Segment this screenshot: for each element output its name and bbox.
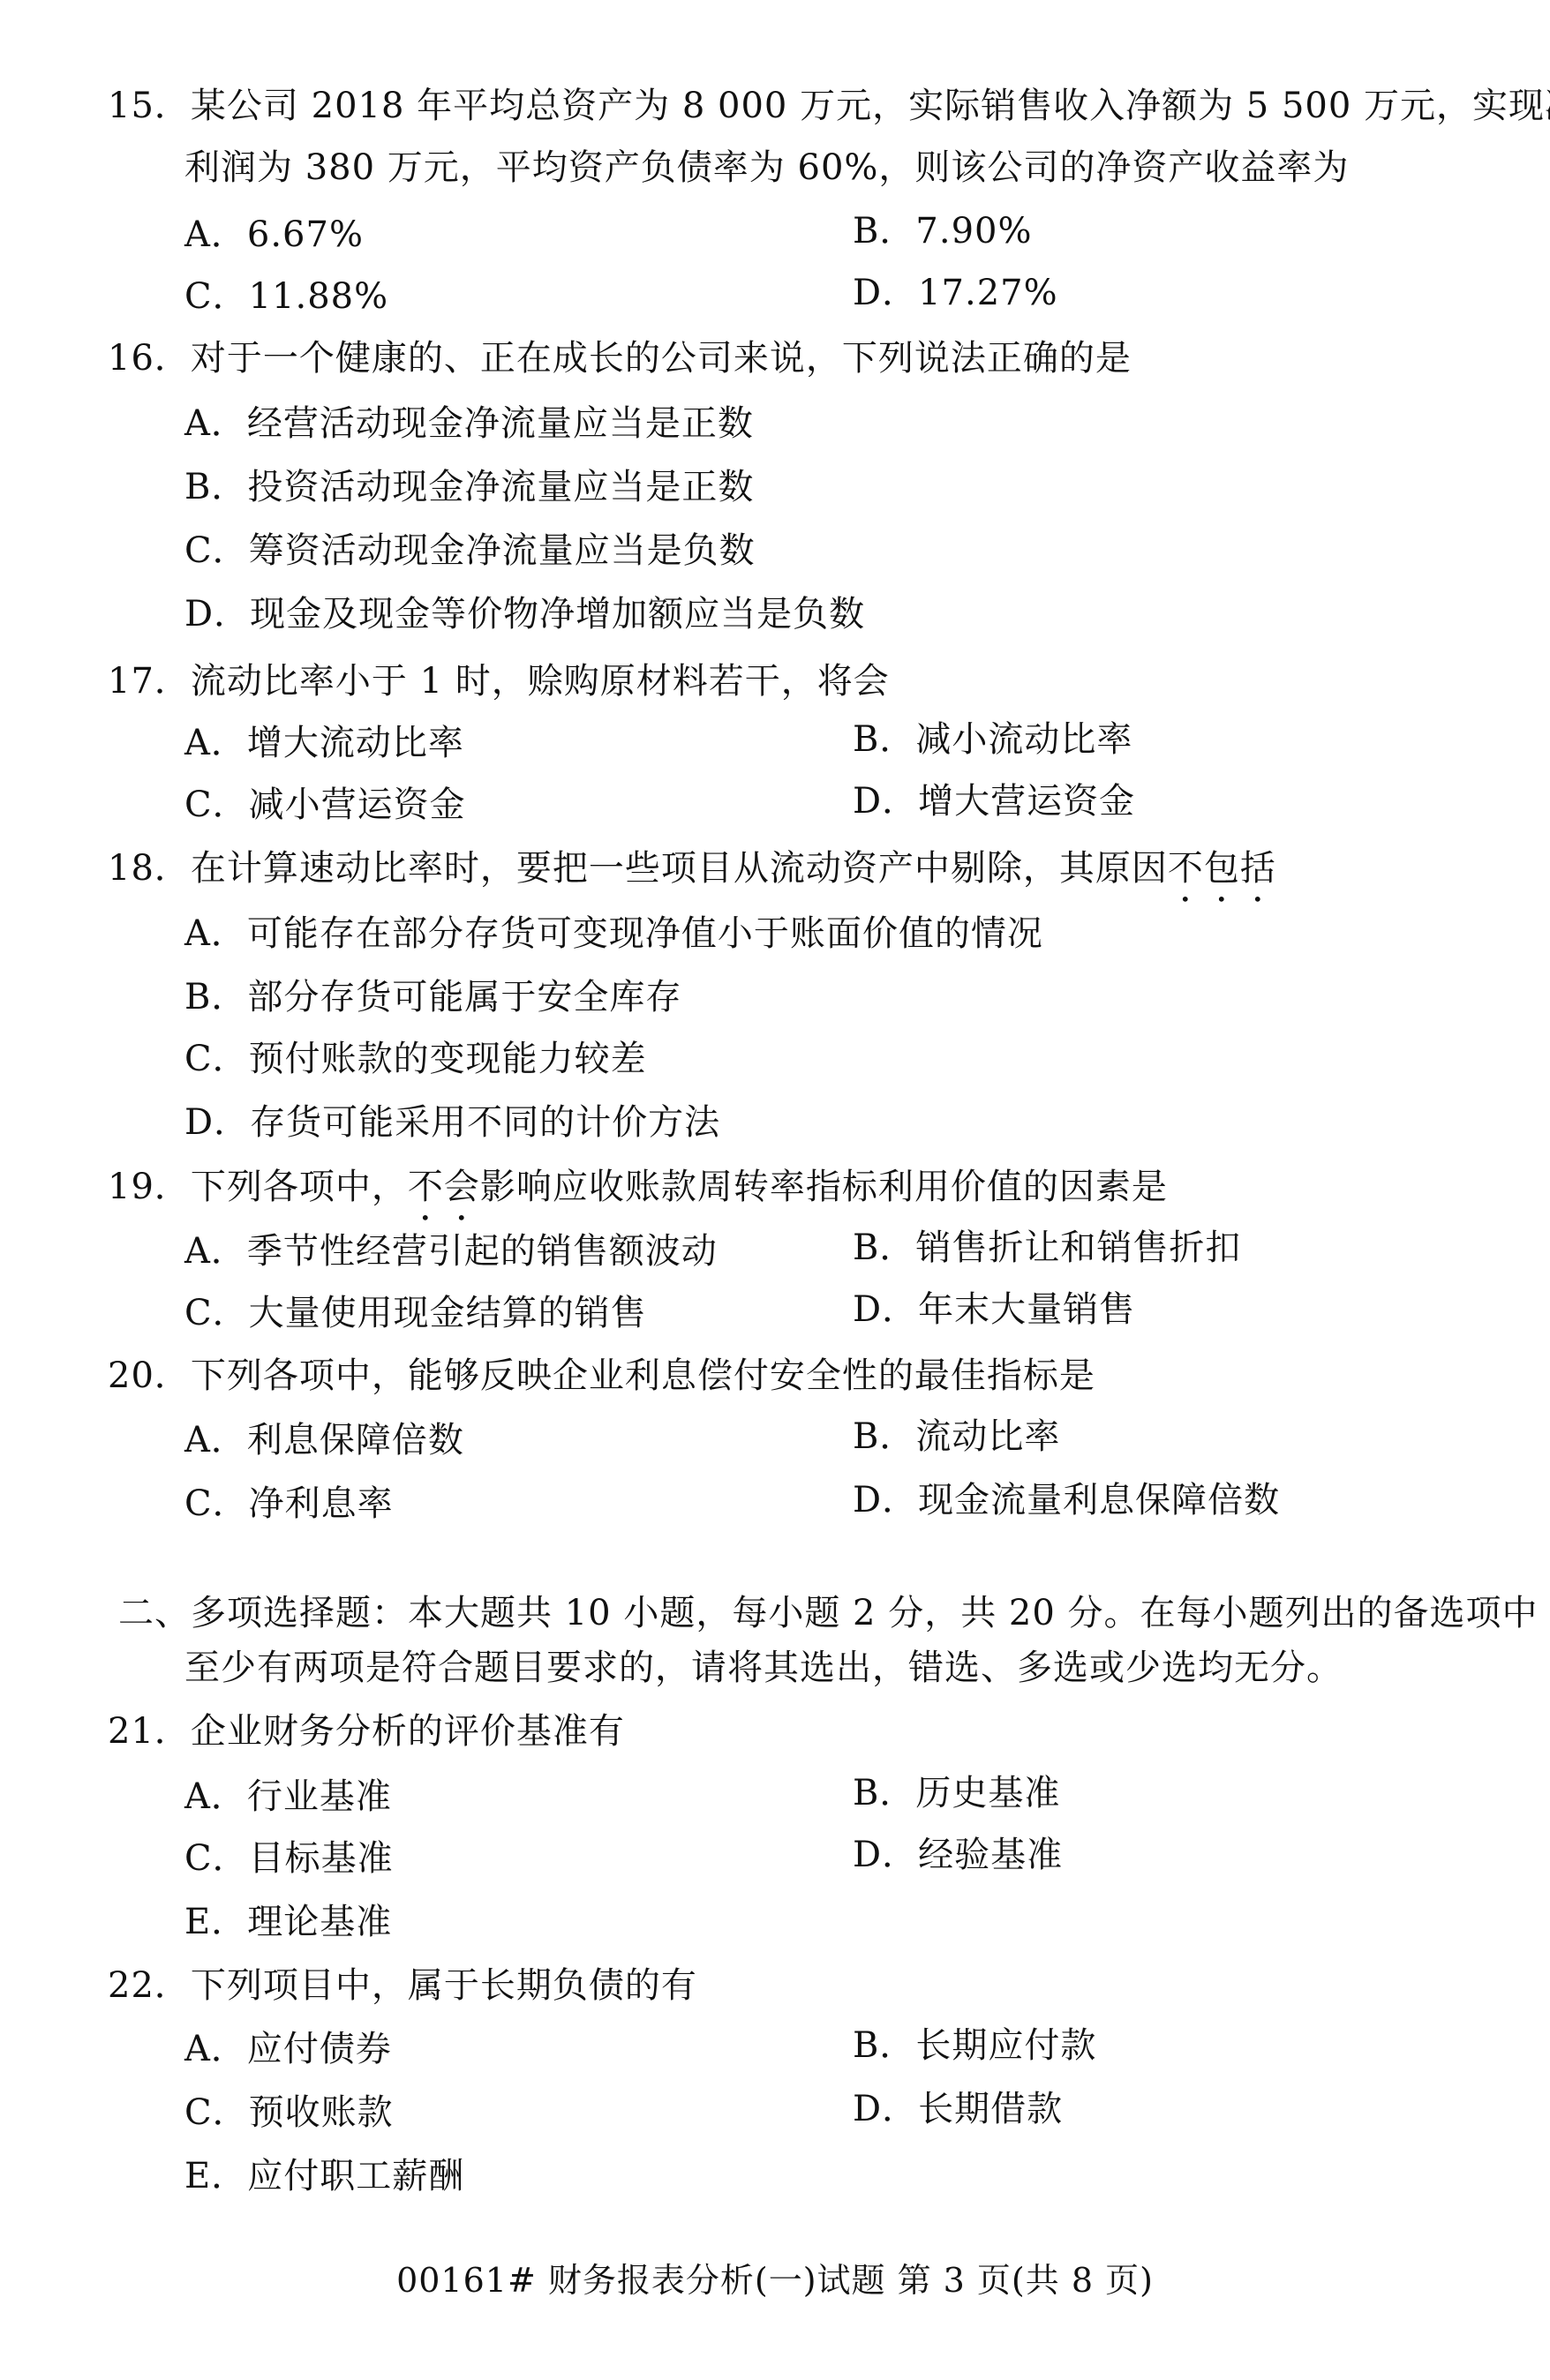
option-letter: E． bbox=[184, 1901, 247, 1943]
question-16-stem: 16．对于一个健康的、正在成长的公司来说，下列说法正确的是 bbox=[108, 337, 1132, 379]
question-18-option-d: D．存货可能采用不同的计价方法 bbox=[184, 1101, 720, 1144]
question-20-option-c: C．净利息率 bbox=[184, 1483, 394, 1525]
question-number: 21． bbox=[108, 1710, 191, 1753]
option-text: 预付账款的变现能力较差 bbox=[249, 1039, 647, 1079]
option-letter: B． bbox=[853, 1415, 915, 1458]
option-text: 6.67% bbox=[247, 214, 364, 255]
question-16-option-b: B．投资活动现金净流量应当是正数 bbox=[184, 466, 754, 508]
option-letter: D． bbox=[853, 1834, 918, 1876]
question-21-option-e: E．理论基准 bbox=[184, 1901, 392, 1943]
option-text: 筹资活动现金净流量应当是负数 bbox=[249, 530, 756, 571]
option-text: 减小营运资金 bbox=[249, 785, 466, 825]
question-22-option-b: B．长期应付款 bbox=[853, 2024, 1096, 2067]
question-17-stem: 17．流动比率小于 1 时，赊购原材料若干，将会 bbox=[108, 660, 890, 702]
option-letter: B． bbox=[184, 976, 247, 1018]
option-text: 利息保障倍数 bbox=[247, 1420, 464, 1460]
question-stem: 流动比率小于 1 时，赊购原材料若干，将会 bbox=[191, 661, 890, 702]
option-text: 增大流动比率 bbox=[247, 723, 464, 763]
option-letter: D． bbox=[853, 1288, 918, 1331]
page-footer: 00161# 财务报表分析(一)试题 第 3 页(共 8 页) bbox=[0, 2259, 1550, 2301]
option-text: 目标基准 bbox=[249, 1838, 394, 1879]
option-text: 可能存在部分存货可变现净值小于账面价值的情况 bbox=[247, 913, 1043, 954]
question-number: 20． bbox=[108, 1355, 191, 1397]
option-text: 行业基准 bbox=[247, 1776, 392, 1817]
question-17-option-c: C．减小营运资金 bbox=[184, 784, 466, 826]
question-stem: 企业财务分析的评价基准有 bbox=[191, 1711, 625, 1752]
question-number: 18． bbox=[108, 847, 191, 890]
option-text: 减小流动比率 bbox=[915, 719, 1132, 760]
question-15-option-d: D．17.27% bbox=[853, 272, 1058, 314]
question-21-option-a: A．行业基准 bbox=[184, 1776, 392, 1818]
question-15-option-b: B．7.90% bbox=[853, 210, 1032, 252]
question-22-option-e: E．应付职工薪酬 bbox=[184, 2155, 464, 2197]
option-letter: D． bbox=[184, 593, 250, 635]
option-letter: D． bbox=[853, 780, 918, 822]
option-letter: E． bbox=[184, 2155, 247, 2197]
question-stem: 下列各项中，能够反映企业利息偿付安全性的最佳指标是 bbox=[191, 1355, 1095, 1396]
option-letter: A． bbox=[184, 402, 247, 445]
question-21-stem: 21．企业财务分析的评价基准有 bbox=[108, 1710, 625, 1753]
option-text: 年末大量销售 bbox=[918, 1289, 1135, 1330]
option-text: 长期应付款 bbox=[915, 2025, 1096, 2066]
option-text: 历史基准 bbox=[915, 1773, 1060, 1813]
option-letter: A． bbox=[184, 1776, 247, 1818]
question-15-option-a: A．6.67% bbox=[184, 214, 364, 256]
option-letter: C． bbox=[184, 784, 249, 826]
question-20-option-d: D．现金流量利息保障倍数 bbox=[853, 1479, 1280, 1521]
question-16-option-d: D．现金及现金等价物净增加额应当是负数 bbox=[184, 593, 865, 635]
option-letter: A． bbox=[184, 912, 247, 955]
question-15-option-c: C．11.88% bbox=[184, 275, 388, 318]
option-letter: B． bbox=[853, 1227, 915, 1269]
question-number: 16． bbox=[108, 337, 191, 379]
question-22-option-d: D．长期借款 bbox=[853, 2088, 1063, 2130]
section-two-heading-line2: 至少有两项是符合题目要求的，请将其选出，错选、多选或少选均无分。 bbox=[184, 1647, 1343, 1689]
question-21-option-d: D．经验基准 bbox=[853, 1834, 1063, 1876]
question-18-option-a: A．可能存在部分存货可变现净值小于账面价值的情况 bbox=[184, 912, 1043, 955]
question-22-option-c: C．预收账款 bbox=[184, 2091, 394, 2134]
option-text: 季节性经营引起的销售额波动 bbox=[247, 1231, 718, 1272]
option-letter: A． bbox=[184, 1419, 247, 1461]
option-text: 11.88% bbox=[249, 276, 389, 317]
emphasized-text: 不会 bbox=[408, 1167, 480, 1207]
option-letter: B． bbox=[853, 2024, 915, 2067]
question-17-option-a: A．增大流动比率 bbox=[184, 722, 464, 764]
option-text: 17.27% bbox=[918, 273, 1058, 313]
question-19-option-a: A．季节性经营引起的销售额波动 bbox=[184, 1230, 718, 1273]
option-text: 增大营运资金 bbox=[918, 781, 1135, 822]
option-letter: B． bbox=[853, 210, 915, 252]
option-letter: B． bbox=[853, 718, 915, 761]
question-stem: 某公司 2018 年平均总资产为 8 000 万元，实际销售收入净额为 5 50… bbox=[191, 86, 1550, 126]
question-18-option-b: B．部分存货可能属于安全库存 bbox=[184, 976, 681, 1018]
question-18-option-c: C．预付账款的变现能力较差 bbox=[184, 1038, 647, 1080]
option-letter: A． bbox=[184, 214, 247, 256]
question-17-option-d: D．增大营运资金 bbox=[853, 780, 1135, 822]
option-letter: D． bbox=[853, 1479, 918, 1521]
option-text: 净利息率 bbox=[249, 1483, 394, 1524]
question-19-option-c: C．大量使用现金结算的销售 bbox=[184, 1292, 647, 1334]
question-stem: 在计算速动比率时，要把一些项目从流动资产中剔除，其原因 bbox=[191, 848, 1168, 889]
question-17-option-b: B．减小流动比率 bbox=[853, 718, 1132, 761]
option-letter: B． bbox=[853, 1772, 915, 1814]
option-text: 长期借款 bbox=[918, 2089, 1063, 2129]
section-two-heading-line1: 二、多项选择题：本大题共 10 小题，每小题 2 分，共 20 分。在每小题列出… bbox=[118, 1592, 1539, 1634]
question-21-option-c: C．目标基准 bbox=[184, 1837, 394, 1880]
question-20-option-b: B．流动比率 bbox=[853, 1415, 1060, 1458]
question-stem: 下列项目中，属于长期负债的有 bbox=[191, 1965, 697, 2006]
question-19-option-b: B．销售折让和销售折扣 bbox=[853, 1227, 1241, 1269]
question-15-stem-line2: 利润为 380 万元，平均资产负债率为 60%，则该公司的净资产收益率为 bbox=[184, 146, 1349, 189]
option-letter: A． bbox=[184, 2028, 247, 2070]
option-text: 现金及现金等价物净增加额应当是负数 bbox=[250, 594, 865, 634]
option-text: 销售折让和销售折扣 bbox=[915, 1228, 1241, 1268]
option-letter: D． bbox=[184, 1101, 250, 1144]
option-letter: C． bbox=[184, 1038, 249, 1080]
question-19-stem: 19．下列各项中，不会影响应收账款周转率指标利用价值的因素是 bbox=[108, 1166, 1168, 1228]
question-19-option-d: D．年末大量销售 bbox=[853, 1288, 1135, 1331]
question-20-option-a: A．利息保障倍数 bbox=[184, 1419, 464, 1461]
question-16-option-a: A．经营活动现金净流量应当是正数 bbox=[184, 402, 754, 445]
option-text: 部分存货可能属于安全库存 bbox=[247, 977, 681, 1017]
emphasized-text: 不包括 bbox=[1168, 848, 1276, 889]
option-letter: C． bbox=[184, 1837, 249, 1880]
option-text: 投资活动现金净流量应当是正数 bbox=[247, 467, 754, 507]
option-letter: A． bbox=[184, 722, 247, 764]
option-letter: B． bbox=[184, 466, 247, 508]
option-text: 应付债券 bbox=[247, 2029, 392, 2069]
option-text: 存货可能采用不同的计价方法 bbox=[250, 1102, 720, 1143]
option-letter: D． bbox=[853, 272, 918, 314]
option-letter: C． bbox=[184, 275, 249, 318]
option-letter: C． bbox=[184, 1292, 249, 1334]
option-letter: C． bbox=[184, 2091, 249, 2134]
question-15-stem-line1: 15．某公司 2018 年平均总资产为 8 000 万元，实际销售收入净额为 5… bbox=[108, 85, 1550, 127]
option-text: 现金流量利息保障倍数 bbox=[918, 1480, 1280, 1520]
option-letter: A． bbox=[184, 1230, 247, 1273]
question-stem: 对于一个健康的、正在成长的公司来说，下列说法正确的是 bbox=[191, 338, 1132, 379]
option-text: 预收账款 bbox=[249, 2092, 394, 2133]
question-number: 15． bbox=[108, 85, 191, 127]
question-18-stem: 18．在计算速动比率时，要把一些项目从流动资产中剔除，其原因不包括 bbox=[108, 847, 1276, 910]
option-text: 应付职工薪酬 bbox=[247, 2156, 464, 2196]
question-22-stem: 22．下列项目中，属于长期负债的有 bbox=[108, 1964, 697, 2007]
question-number: 19． bbox=[108, 1166, 191, 1208]
question-number: 17． bbox=[108, 660, 191, 702]
option-text: 经营活动现金净流量应当是正数 bbox=[247, 403, 754, 444]
option-text: 经验基准 bbox=[918, 1835, 1063, 1875]
option-text: 大量使用现金结算的销售 bbox=[249, 1293, 647, 1333]
question-20-stem: 20．下列各项中，能够反映企业利息偿付安全性的最佳指标是 bbox=[108, 1355, 1095, 1397]
question-16-option-c: C．筹资活动现金净流量应当是负数 bbox=[184, 529, 756, 572]
question-stem: 下列各项中， bbox=[191, 1167, 408, 1207]
option-text: 理论基准 bbox=[247, 1902, 392, 1942]
question-stem-rest: 影响应收账款周转率指标利用价值的因素是 bbox=[480, 1167, 1168, 1207]
question-21-option-b: B．历史基准 bbox=[853, 1772, 1060, 1814]
option-letter: C． bbox=[184, 1483, 249, 1525]
option-letter: C． bbox=[184, 529, 249, 572]
option-text: 流动比率 bbox=[915, 1416, 1060, 1457]
question-22-option-a: A．应付债券 bbox=[184, 2028, 392, 2070]
option-letter: D． bbox=[853, 2088, 918, 2130]
option-text: 7.90% bbox=[915, 211, 1032, 252]
question-number: 22． bbox=[108, 1964, 191, 2007]
